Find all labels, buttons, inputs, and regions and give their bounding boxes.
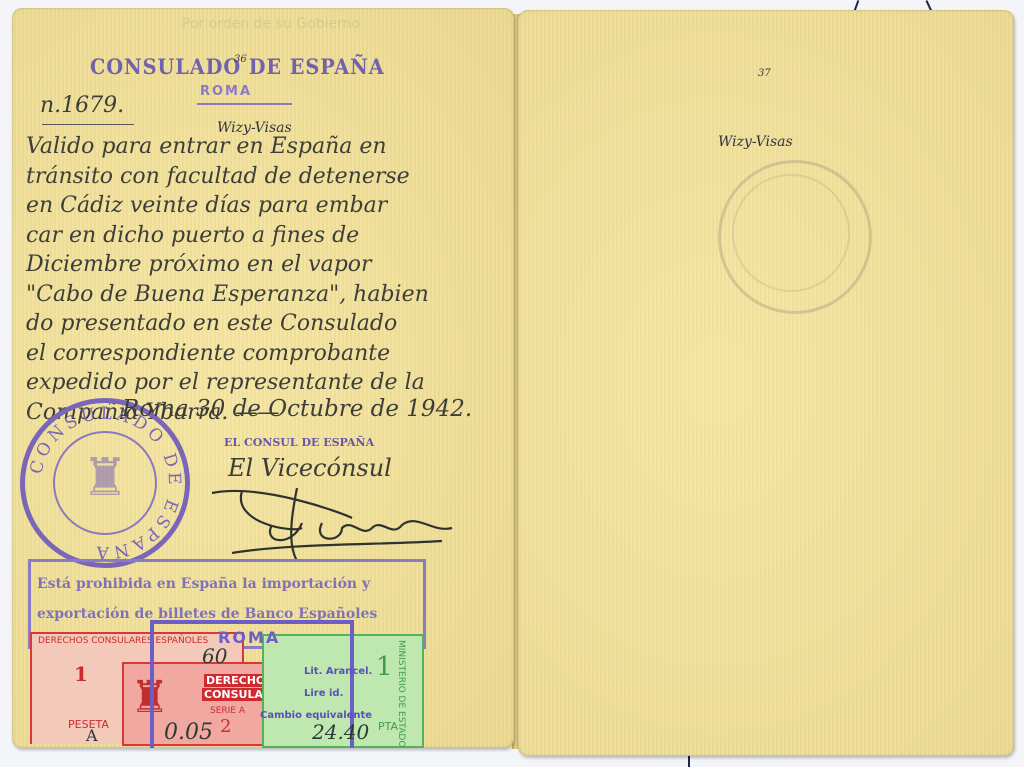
text-line: "Cabo de Buena Esperanza", habien — [26, 280, 514, 310]
visa-number-underline — [42, 124, 134, 125]
printed-visa-label: Wizy-Visas — [718, 134, 793, 150]
visa-number: n.1679. — [40, 93, 124, 118]
signature — [202, 483, 462, 563]
page-number-right: 37 — [758, 68, 771, 79]
ghost-text-top: Por orden de su Gobierno — [182, 16, 360, 32]
text-line: Valido para entrar en España en — [26, 132, 514, 162]
fee-amount-1: 60 — [202, 644, 227, 668]
vice-consul-title: El Vicecónsul — [228, 454, 392, 482]
date-line: Roma 30 de Octubre de 1942. — [122, 396, 472, 422]
stamp-serial: A — [86, 726, 98, 745]
eagle-emblem-icon: ♜ — [75, 443, 135, 513]
left-page: Por orden de su Gobierno CONSULADO DE ES… — [12, 8, 514, 748]
consulate-round-seal: CONSULADO DE ESPAÑA ♜ — [20, 398, 190, 568]
fee-amount-2: 0.05 — [164, 720, 213, 745]
text-line: Diciembre próximo en el vapor — [26, 250, 514, 280]
fee-amount-3: 24.40 — [312, 720, 369, 744]
consulate-stamp-city: ROMA — [200, 84, 252, 99]
page-number-left: 36 — [234, 54, 247, 65]
fee-line-2: Lire id. — [304, 688, 343, 699]
text-line: el correspondiente comprobante — [26, 339, 514, 369]
visa-handwritten-text: Valido para entrar en España en tránsito… — [26, 132, 514, 427]
stamp-underline — [197, 103, 292, 105]
text-line: car en dicho puerto a fines de — [26, 221, 514, 251]
text-line: expedido por el representante de la — [26, 368, 514, 398]
bleed-through-seal-inner — [732, 174, 850, 292]
right-page: 37 Wizy-Visas — [518, 10, 1014, 756]
text-line: en Cádiz veinte días para embar — [26, 191, 514, 221]
text-line: tránsito con facultad de detenerse — [26, 162, 514, 192]
stamp-side-text: MINISTERIO DE ESTADO — [396, 640, 406, 747]
consul-stamp: EL CONSUL DE ESPAÑA — [224, 436, 374, 449]
fee-line-1: Lit. Arancel. — [304, 666, 372, 677]
text-line: do presentado en este Consulado — [26, 309, 514, 339]
stamp-value: 1 — [376, 652, 393, 682]
notice-line-1: Está prohibida en España la importación … — [37, 576, 370, 592]
stamp-value: 1 — [74, 662, 88, 686]
